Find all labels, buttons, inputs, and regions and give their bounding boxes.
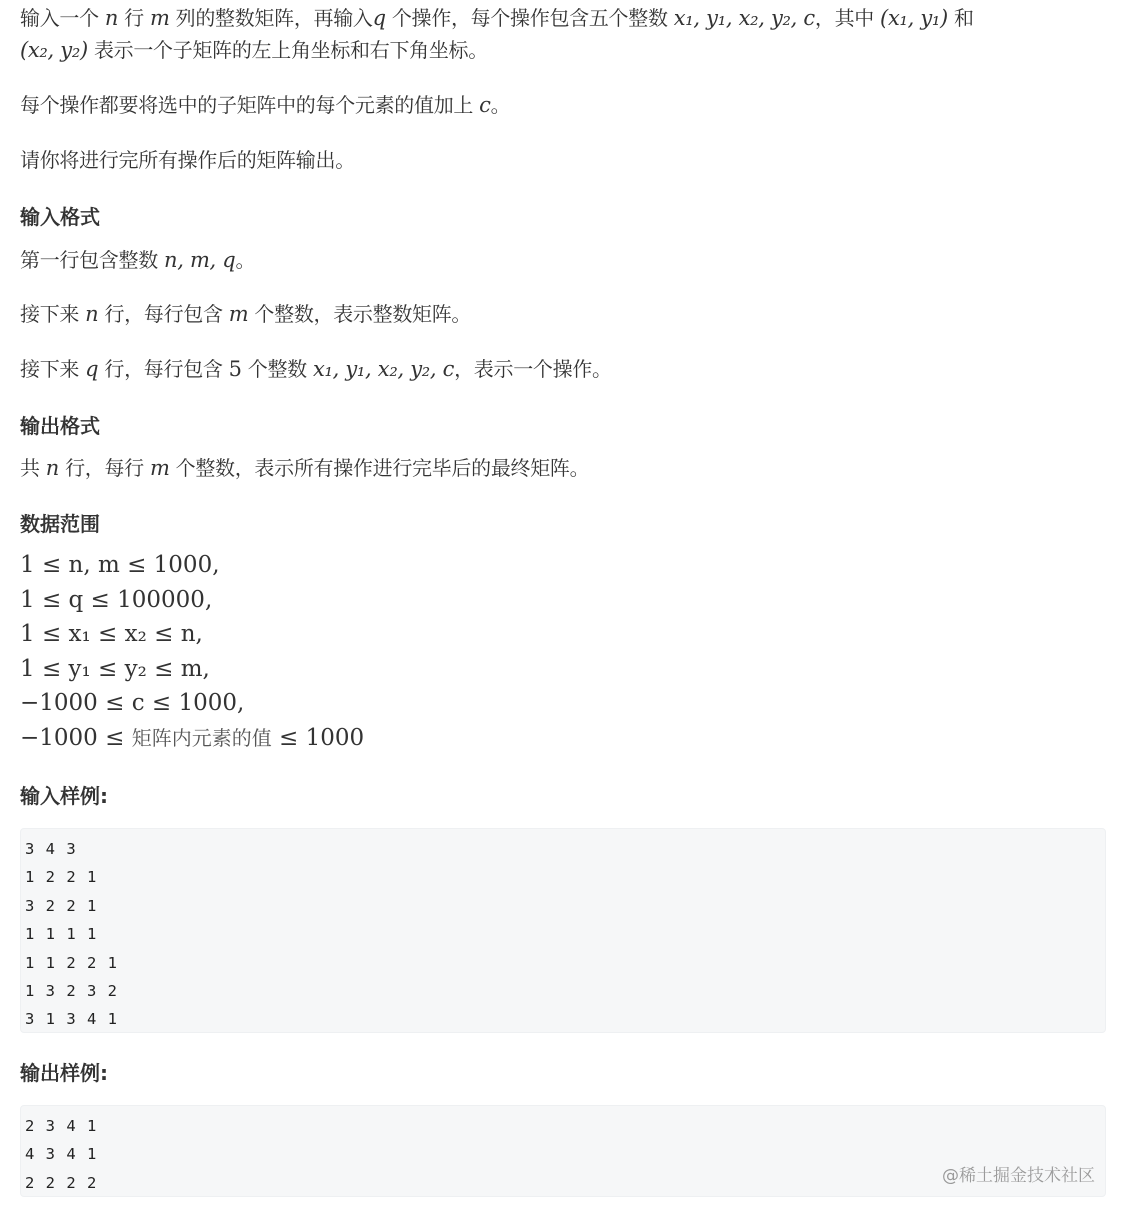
data-range-heading: 数据范围 <box>20 509 100 539</box>
code-line: 2 2 2 2 <box>25 1169 1101 1197</box>
range-line: −1000 ≤ c ≤ 1000, <box>20 686 364 721</box>
operation-description: 每个操作都要将选中的子矩阵中的每个元素的值加上 c。 <box>20 89 510 121</box>
code-line: 4 3 4 1 <box>25 1140 1101 1168</box>
watermark: @稀土掘金技术社区 <box>942 1161 1095 1186</box>
data-range-list: 1 ≤ n, m ≤ 1000, 1 ≤ q ≤ 100000, 1 ≤ x₁ … <box>20 548 364 755</box>
sample-input-code-block[interactable]: 3 4 3 1 2 2 1 3 2 2 1 1 1 1 1 1 1 2 2 1 … <box>20 828 1106 1033</box>
range-line: 1 ≤ x₁ ≤ x₂ ≤ n, <box>20 617 364 652</box>
input-format-line2: 接下来 n 行，每行包含 m 个整数，表示整数矩阵。 <box>20 298 471 330</box>
output-format-line: 共 n 行，每行 m 个整数，表示所有操作进行完毕后的最终矩阵。 <box>20 452 589 484</box>
sample-input-heading: 输入样例: <box>20 781 108 811</box>
range-line: 1 ≤ q ≤ 100000, <box>20 583 364 618</box>
sample-output-code-block[interactable]: 2 3 4 1 4 3 4 1 2 2 2 2 @稀土掘金技术社区 <box>20 1105 1106 1197</box>
range-line: 1 ≤ n, m ≤ 1000, <box>20 548 364 583</box>
range-line: −1000 ≤ 矩阵内元素的值 ≤ 1000 <box>20 721 364 756</box>
vars-expression: x₁, y₁, x₂, y₂, c <box>674 6 815 30</box>
sample-output-heading: 输出样例: <box>20 1058 108 1088</box>
range-line: 1 ≤ y₁ ≤ y₂ ≤ m, <box>20 652 364 687</box>
code-line: 1 3 2 3 2 <box>25 977 1101 1005</box>
output-format-heading: 输出格式 <box>20 411 100 441</box>
code-line: 3 1 3 4 1 <box>25 1005 1101 1033</box>
code-line: 3 2 2 1 <box>25 892 1101 920</box>
code-line: 2 3 4 1 <box>25 1112 1101 1140</box>
code-line: 1 1 2 2 1 <box>25 949 1101 977</box>
input-format-line1: 第一行包含整数 n, m, q。 <box>20 244 255 276</box>
output-requirement: 请你将进行完所有操作后的矩阵输出。 <box>20 144 355 176</box>
code-line: 1 2 2 1 <box>25 863 1101 891</box>
code-line: 1 1 1 1 <box>25 920 1101 948</box>
input-format-line3: 接下来 q 行，每行包含 5 个整数 x₁, y₁, x₂, y₂, c，表示一… <box>20 353 612 385</box>
code-line: 3 4 3 <box>25 835 1101 863</box>
input-format-heading: 输入格式 <box>20 202 100 232</box>
intro-paragraph: 输入一个 n 行 m 列的整数矩阵，再输入q 个操作，每个操作包含五个整数 x₁… <box>20 2 1110 66</box>
